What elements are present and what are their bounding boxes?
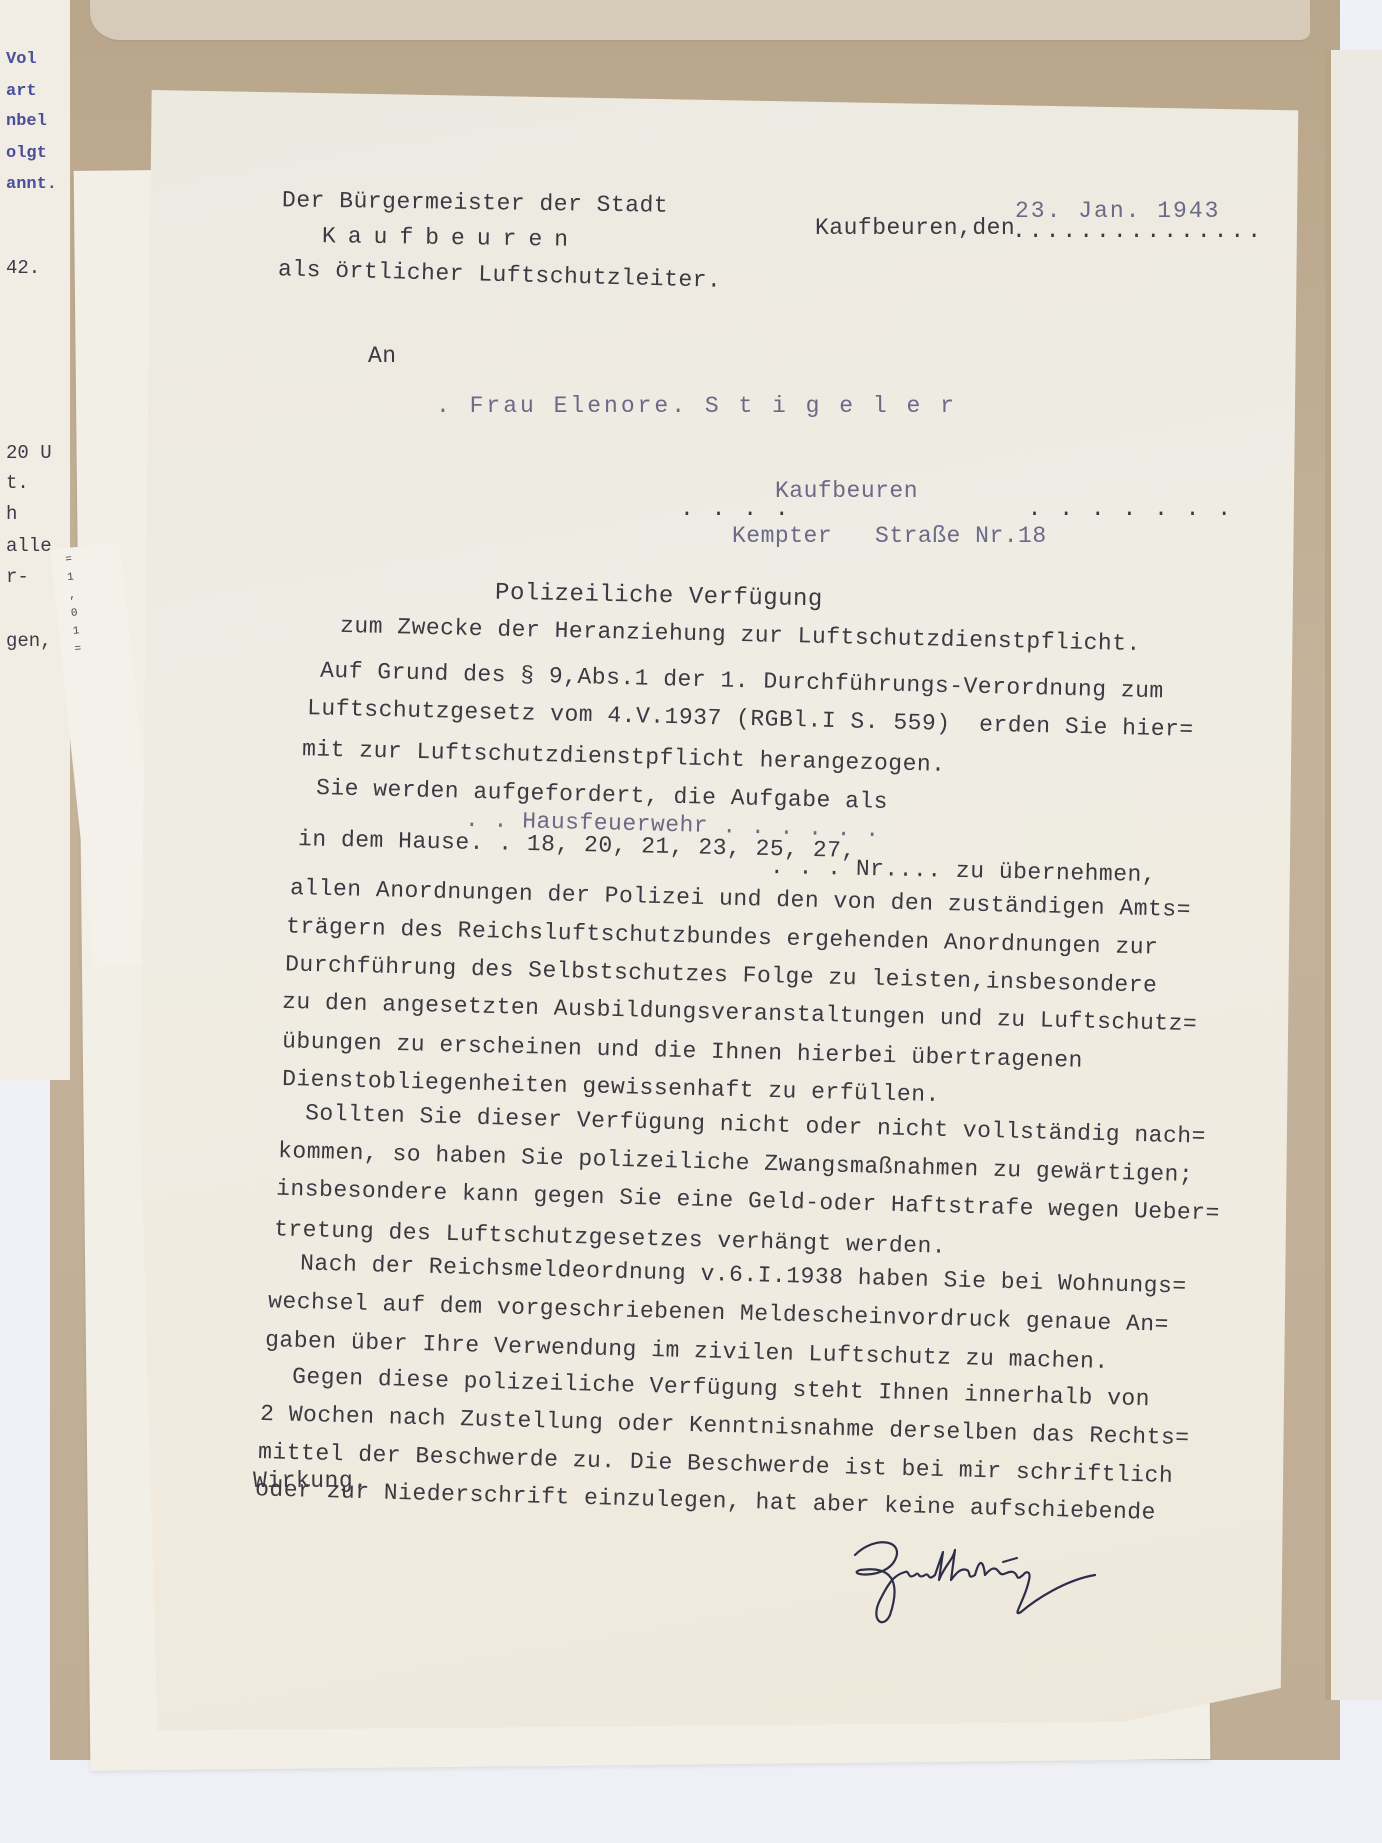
body-line: . . . Nr.... zu übernehmen,: [770, 854, 1157, 888]
body-line: Auf Grund des § 9,Abs.1 der 1. Durchführ…: [320, 658, 1164, 705]
letterhead-line-3: als örtlicher Luftschutzleiter.: [278, 256, 722, 294]
document-subtitle: zum Zwecke der Heranziehung zur Luftschu…: [340, 613, 1141, 657]
document-title: Polizeiliche Verfügung: [495, 580, 823, 614]
dateline-place: Kaufbeuren,den: [815, 215, 1015, 241]
recipient-city-dots: . . . . . . . . . . .: [680, 496, 1233, 522]
dateline-dots: ...............: [1012, 218, 1264, 244]
body-line: mit zur Luftschutzdienstpflicht herangez…: [302, 736, 946, 778]
recipient-name: . Frau Elenore. S t i g e l e r: [436, 393, 957, 419]
body-line: Luftschutzgesetz vom 4.V.1937 (RGBl.I S.…: [307, 695, 1194, 743]
letterhead-city: Kaufbeuren: [322, 223, 580, 253]
body-line: trägern des Reichsluftschutzbundes ergeh…: [286, 913, 1159, 960]
signature-icon: [835, 1530, 1115, 1630]
document-text: Der Bürgermeister der Stadt Kaufbeuren a…: [0, 0, 1382, 1843]
letterhead-line-1: Der Bürgermeister der Stadt: [282, 187, 668, 218]
recipient-salutation: An: [368, 343, 397, 369]
body-line-last: Wirkung.: [253, 1468, 367, 1494]
body-line: übungen zu erscheinen und die Ihnen hier…: [282, 1028, 1083, 1074]
body-line: Sie werden aufgefordert, die Aufgabe als: [316, 775, 889, 815]
recipient-street: Kempter Straße Nr.18: [732, 523, 1047, 549]
